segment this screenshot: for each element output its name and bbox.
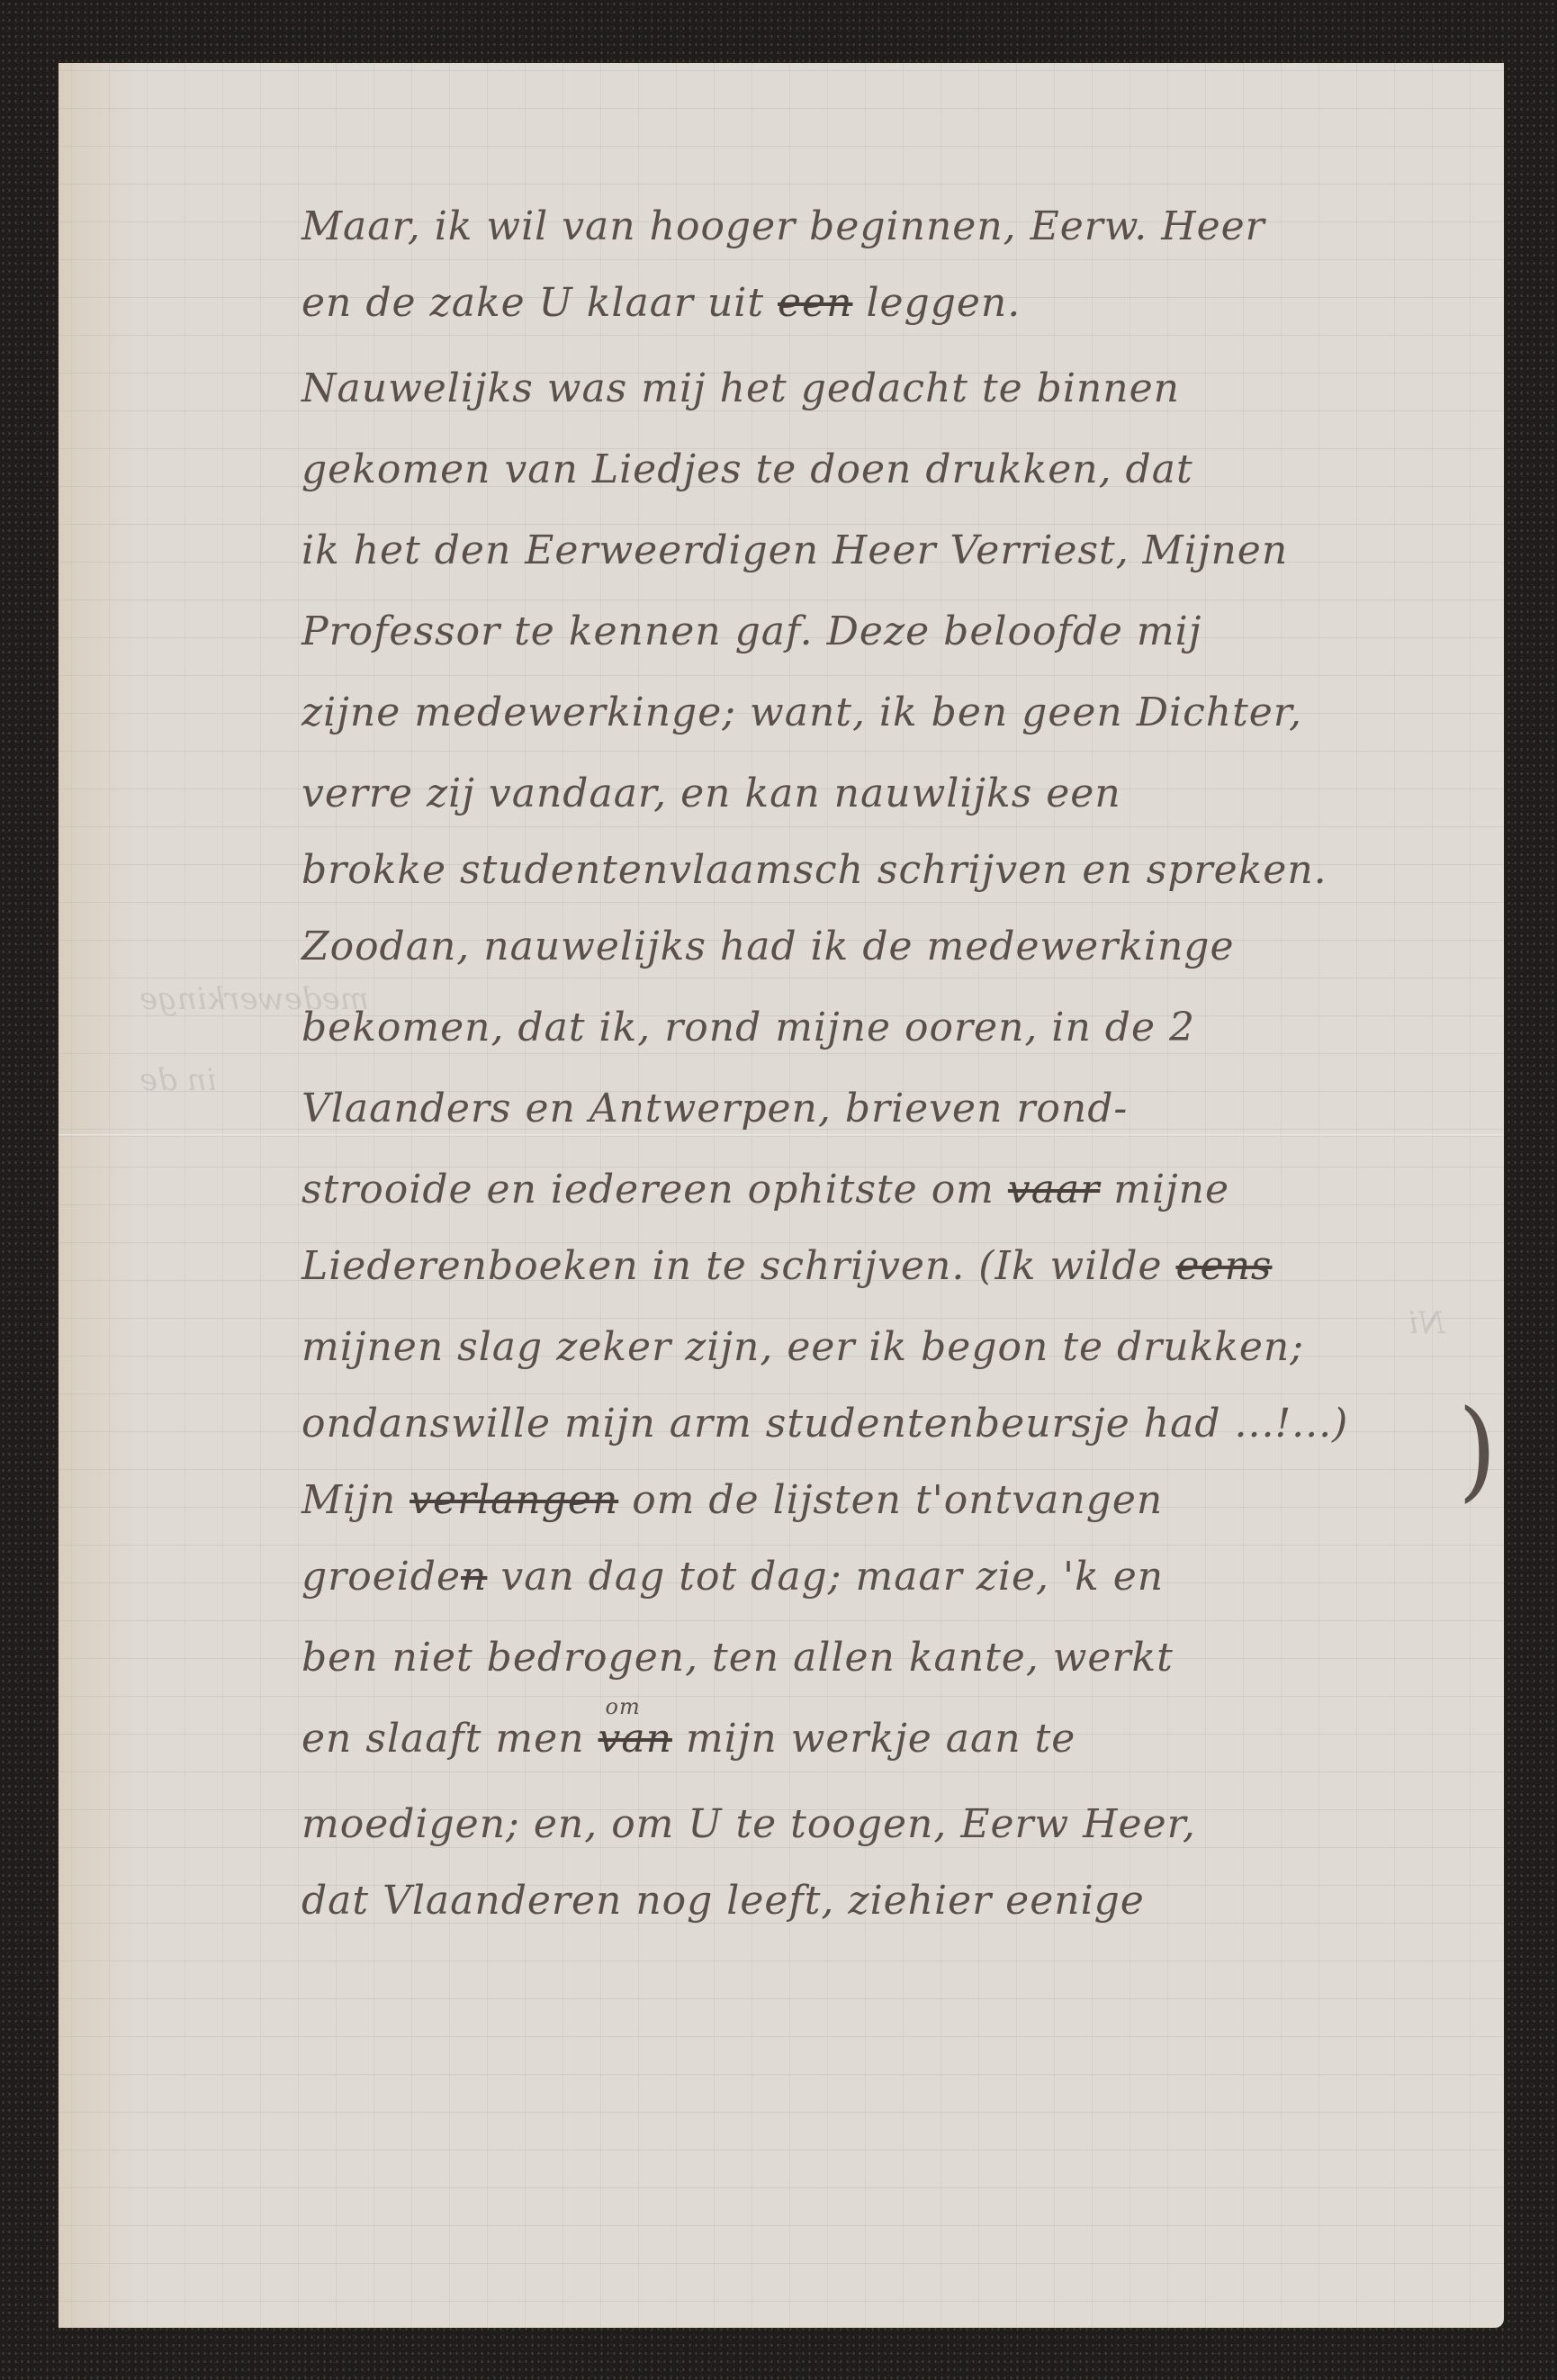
handwritten-line: Liederenboeken in te schrijven. (Ik wild…	[301, 1247, 1272, 1286]
struck-word: vaar	[1008, 1167, 1100, 1213]
letter-page: medewerkinge in de Ni Maar, ik wil van h…	[58, 63, 1504, 2328]
handwritten-line: Professor te kennen gaf. Deze beloofde m…	[301, 612, 1201, 652]
handwritten-line: ondanswille mijn arm studentenbeursje ha…	[301, 1404, 1348, 1444]
handwritten-line: en de zake U klaar uit een leggen.	[301, 284, 1021, 323]
handwritten-line: Nauwelijks was mij het gedacht te binnen	[301, 369, 1180, 409]
struck-word: eens	[1175, 1243, 1272, 1289]
handwritten-line: en slaaft men omvan mijn werkje aan te	[301, 1719, 1075, 1759]
inserted-correction: omvan	[598, 1719, 672, 1759]
struck-word: een	[778, 280, 852, 326]
handwritten-line: verre zij vandaar, en kan nauwlijks een	[301, 774, 1121, 814]
ink-bleedthrough: in de	[139, 1062, 216, 1098]
struck-word: van	[598, 1716, 672, 1762]
handwritten-line: ben niet bedrogen, ten allen kante, werk…	[301, 1638, 1174, 1678]
handwritten-line: Vlaanders en Antwerpen, brieven rond-	[301, 1089, 1128, 1129]
paper-fold-crease	[58, 1134, 1504, 1137]
struck-letter: n	[461, 1554, 487, 1600]
handwritten-line: zijne medewerkinge; want, ik ben geen Di…	[301, 693, 1302, 733]
ink-bleedthrough: Ni	[1408, 1305, 1445, 1341]
handwritten-line: Zoodan, nauwelijks had ik de medewerking…	[301, 927, 1235, 967]
struck-word: verlangen	[409, 1477, 618, 1523]
handwritten-line: strooide en iedereen ophitste om vaar mi…	[301, 1170, 1229, 1210]
handwritten-line: mijnen slag zeker zijn, eer ik begon te …	[301, 1328, 1304, 1367]
handwritten-line: Mijn verlangen om de lijsten t'ontvangen	[301, 1481, 1163, 1520]
handwritten-line: dat Vlaanderen nog leeft, ziehier eenige	[301, 1881, 1145, 1921]
handwritten-line: bekomen, dat ik, rond mijne ooren, in de…	[301, 1008, 1195, 1048]
handwritten-line: ik het den Eerweerdigen Heer Verriest, M…	[301, 531, 1288, 571]
paper-stain	[58, 63, 139, 2328]
closing-parenthesis: )	[1458, 1395, 1497, 1504]
handwritten-line: brokke studentenvlaamsch schrijven en sp…	[301, 851, 1327, 890]
handwritten-line: groeiden van dag tot dag; maar zie, 'k e…	[301, 1557, 1164, 1597]
handwritten-line: gekomen van Liedjes te doen drukken, dat	[301, 450, 1193, 490]
handwritten-line: Maar, ik wil van hooger beginnen, Eerw. …	[301, 207, 1265, 247]
handwritten-line: moedigen; en, om U te toogen, Eerw Heer,	[301, 1805, 1196, 1844]
